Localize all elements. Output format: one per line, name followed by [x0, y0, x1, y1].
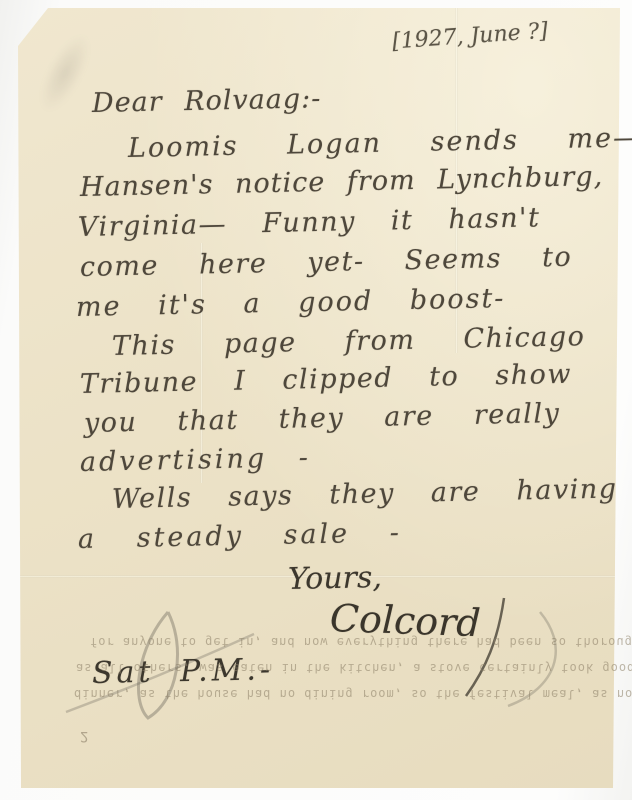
- letter-line-salutation: Dear Rolvaag:-: [92, 83, 322, 119]
- bleedthrough-typed-line: as all others, was eaten in the kitchen,…: [76, 661, 632, 675]
- stamp-smudge: [30, 27, 100, 119]
- letter-line: advertising -: [80, 442, 311, 478]
- bleedthrough-typed-line: dinner, as the house had no dining room,…: [74, 687, 632, 701]
- scanned-letter-image: [1927, June ?] Dear Rolvaag:- Loomis Log…: [0, 0, 632, 800]
- letter-line-closing: Yours,: [288, 560, 383, 597]
- bleedthrough-page-number: 2: [80, 728, 89, 744]
- bleedthrough-typed-line: for anyone to get in, and now everything…: [90, 635, 632, 649]
